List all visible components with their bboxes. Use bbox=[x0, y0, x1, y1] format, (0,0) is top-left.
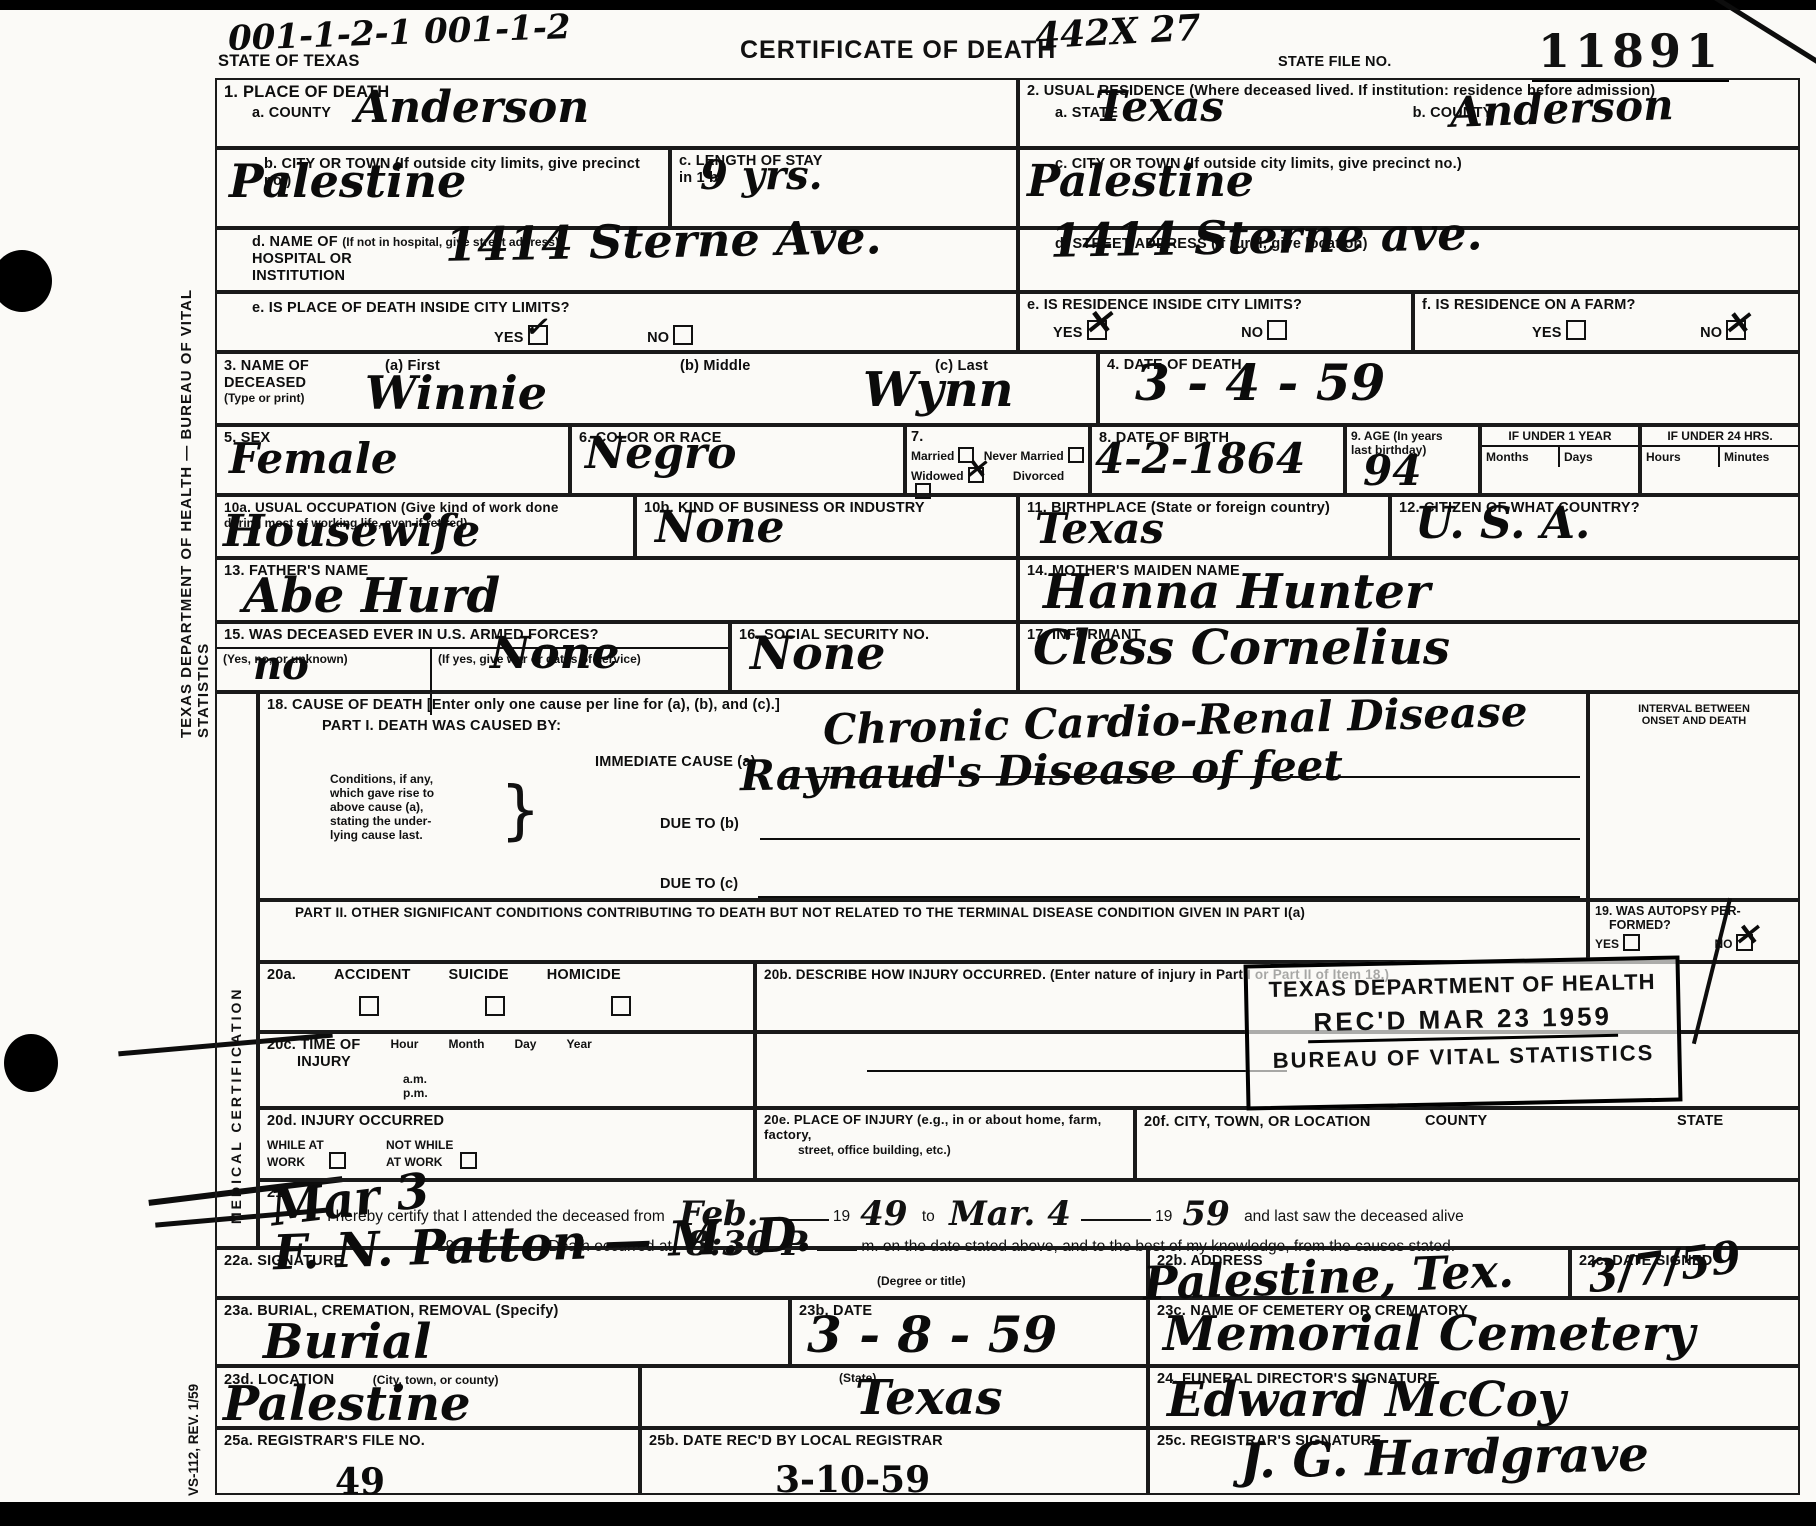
stamp-line-2: REC'D MAR 23 1959 bbox=[1307, 997, 1618, 1043]
degree-title-label: (Degree or title) bbox=[877, 1274, 966, 1288]
conditions-note-2: which gave rise to bbox=[330, 786, 434, 800]
conditions-note-1: Conditions, if any, bbox=[330, 772, 434, 786]
pod-yes-label: YES bbox=[494, 330, 524, 346]
physician-address-value: Palestine, Tex. bbox=[1142, 1248, 1514, 1307]
state-file-no-value: 11891 bbox=[1532, 24, 1729, 82]
while-at-work-checkbox bbox=[329, 1152, 346, 1169]
color-race-value: Negro bbox=[585, 432, 737, 476]
hole-punch-top bbox=[0, 250, 52, 312]
days-label: Days bbox=[1560, 447, 1638, 467]
certify-to: to bbox=[922, 1208, 935, 1225]
attended-to-year: 59 bbox=[1172, 1194, 1239, 1234]
registrar-file-value: 49 bbox=[335, 1464, 385, 1500]
not-while-checkbox bbox=[460, 1152, 477, 1169]
form-number-text: VS-112, REV. 1/59 bbox=[186, 1356, 201, 1496]
age-value: 94 bbox=[1363, 450, 1421, 492]
month-label: Month bbox=[448, 1037, 484, 1070]
minutes-label: Minutes bbox=[1720, 447, 1798, 467]
fathers-name-value: Abe Hurd bbox=[243, 572, 500, 620]
received-stamp: TEXAS DEPARTMENT OF HEALTH REC'D MAR 23 … bbox=[1244, 955, 1683, 1110]
months-label: Months bbox=[1482, 447, 1560, 467]
autopsy-yes-checkbox bbox=[1623, 934, 1640, 951]
autopsy-no-checkbox: ✕ bbox=[1736, 934, 1753, 951]
autopsy-label-1: 19. WAS AUTOPSY PER- bbox=[1595, 904, 1793, 918]
field-if-under-24-hrs: IF UNDER 24 HRS. Hours Minutes bbox=[1640, 425, 1800, 495]
certify-year-1: 19 bbox=[833, 1208, 850, 1225]
divorced-label: Divorced bbox=[1013, 469, 1064, 483]
birthplace-value: Texas bbox=[1035, 508, 1164, 550]
manner-label: 20a. bbox=[267, 967, 296, 984]
certificate-form: 1. PLACE OF DEATH a. COUNTY 2. USUAL RES… bbox=[215, 78, 1800, 1495]
while-at-work-label2: WORK bbox=[267, 1155, 305, 1169]
date-recd-label: 25b. DATE REC'D BY LOCAL REGISTRAR bbox=[649, 1433, 1139, 1450]
burial-date-value: 3 - 8 - 59 bbox=[807, 1310, 1057, 1360]
accident-checkbox bbox=[359, 996, 379, 1016]
hours-label: Hours bbox=[1642, 447, 1720, 467]
scan-edge-bottom bbox=[0, 1502, 1816, 1526]
citizen-value: U. S. A. bbox=[1415, 502, 1590, 546]
field-residence-farm: f. IS RESIDENCE ON A FARM? YES NO✕ bbox=[1413, 292, 1800, 352]
farm-no-checkbox: ✕ bbox=[1726, 320, 1746, 340]
state-col-label: STATE bbox=[1677, 1113, 1723, 1130]
county-value: Anderson bbox=[355, 86, 589, 130]
immediate-cause-label: IMMEDIATE CAUSE (a) bbox=[595, 754, 756, 771]
field-place-of-death: 1. PLACE OF DEATH a. COUNTY bbox=[215, 78, 1018, 148]
field-residence-city-limits: e. IS RESIDENCE INSIDE CITY LIMITS? YES✕… bbox=[1018, 292, 1413, 352]
attended-from-year: 49 bbox=[850, 1194, 917, 1234]
funeral-director-value: Edward McCoy bbox=[1167, 1376, 1566, 1424]
farm-no-mark: ✕ bbox=[1723, 307, 1750, 339]
mothers-maiden-name-value: Hanna Hunter bbox=[1043, 568, 1430, 616]
res-yes-mark: ✕ bbox=[1084, 306, 1113, 340]
pm-label: p.m. bbox=[403, 1086, 746, 1100]
certify-year-2: 19 bbox=[1155, 1208, 1172, 1225]
field-20f-location: 20f. CITY, TOWN, OR LOCATION COUNTY STAT… bbox=[1135, 1108, 1800, 1180]
hospital-label: d. NAME OF bbox=[252, 234, 338, 250]
pod-yes-mark: ✓ bbox=[525, 314, 548, 341]
due-to-c-label: DUE TO (c) bbox=[660, 876, 738, 893]
hole-punch-bottom bbox=[4, 1034, 58, 1092]
handwritten-file-codes: 001-1-2-1 001-1-2 bbox=[228, 10, 572, 56]
street-address-value: 1414 Sterne ave. bbox=[1050, 210, 1483, 264]
never-married-checkbox bbox=[1068, 447, 1084, 463]
residence-county-value: Anderson bbox=[1449, 84, 1674, 134]
social-security-value: None bbox=[750, 630, 885, 676]
year-label: Year bbox=[566, 1037, 591, 1070]
length-of-stay-value: 9 yrs. bbox=[700, 156, 823, 196]
page-title: CERTIFICATE OF DEATH bbox=[740, 36, 1056, 65]
war-service-value: None bbox=[490, 632, 620, 676]
under-1-year-label: IF UNDER 1 YEAR bbox=[1482, 427, 1638, 447]
farm-yes-checkbox bbox=[1566, 320, 1586, 340]
death-city-limits-label: e. IS PLACE OF DEATH INSIDE CITY LIMITS? bbox=[252, 300, 1009, 317]
time-of-injury-label2: INJURY bbox=[297, 1054, 360, 1071]
pod-yes-checkbox: ✓ bbox=[528, 325, 548, 345]
conditions-note-4: stating the under- bbox=[330, 814, 434, 828]
marital-label: 7. bbox=[911, 429, 1084, 446]
county-col-label: COUNTY bbox=[1425, 1113, 1487, 1130]
homicide-checkbox bbox=[611, 996, 631, 1016]
field-marital-status: 7. Married Never Married Widowed✕ Divorc… bbox=[905, 425, 1090, 495]
field-20e-place-of-injury: 20e. PLACE OF INJURY (e.g., in or about … bbox=[755, 1108, 1135, 1180]
homicide-label: HOMICIDE bbox=[547, 967, 621, 984]
res-yes-checkbox: ✕ bbox=[1087, 320, 1107, 340]
hour-label: Hour bbox=[390, 1037, 418, 1070]
residence-city-value: Palestine bbox=[1027, 160, 1254, 204]
field-20a-manner: 20a. ACCIDENT SUICIDE HOMICIDE bbox=[258, 962, 755, 1032]
name-middle-label: (b) Middle bbox=[680, 358, 750, 375]
business-industry-value: None bbox=[655, 506, 785, 550]
cemetery-value: Memorial Cemetery bbox=[1163, 1310, 1695, 1358]
conditions-note-5: lying cause last. bbox=[330, 828, 434, 842]
part2-label: PART II. OTHER SIGNIFICANT CONDITIONS CO… bbox=[295, 905, 1579, 921]
armed-forces-value: no bbox=[253, 646, 309, 686]
widowed-label: Widowed bbox=[911, 469, 964, 483]
field-20d-injury-occurred: 20d. INJURY OCCURRED WHILE AT WORK NOT W… bbox=[258, 1108, 755, 1180]
field-death-city-limits: e. IS PLACE OF DEATH INSIDE CITY LIMITS?… bbox=[215, 292, 1018, 352]
informant-value: Cless Cornelius bbox=[1033, 624, 1450, 672]
date-of-death-value: 3 - 4 - 59 bbox=[1135, 358, 1385, 408]
name-first-value: Winnie bbox=[365, 370, 547, 416]
accident-label: ACCIDENT bbox=[334, 967, 411, 984]
attended-to-value: Mar. 4 bbox=[939, 1194, 1081, 1234]
location-city-value: Palestine bbox=[223, 1380, 471, 1428]
hospital-value: 1414 Sterne Ave. bbox=[445, 214, 882, 268]
place-of-injury-label1: 20e. PLACE OF INJURY (e.g., in or about … bbox=[764, 1113, 1126, 1143]
injury-blank-line bbox=[867, 1070, 1287, 1072]
under-24-hrs-label: IF UNDER 24 HRS. bbox=[1642, 427, 1798, 447]
scan-edge-top bbox=[0, 0, 1816, 10]
death-certificate-scan: TEXAS DEPARTMENT OF HEALTH — BUREAU OF V… bbox=[0, 0, 1816, 1526]
am-label: a.m. bbox=[403, 1072, 746, 1086]
registrar-file-label: 25a. REGISTRAR'S FILE NO. bbox=[224, 1433, 631, 1450]
medical-certification-text: MEDICAL CERTIFICATION bbox=[228, 724, 244, 1224]
field-autopsy: 19. WAS AUTOPSY PER- FORMED? YES NO✕ bbox=[1588, 900, 1800, 962]
burial-value: Burial bbox=[263, 1318, 431, 1366]
hospital-label3: INSTITUTION bbox=[252, 268, 1009, 285]
cause-c-line bbox=[758, 896, 1580, 898]
autopsy-yes-label: YES bbox=[1595, 937, 1619, 951]
time-of-injury-label1: 20c. TIME OF bbox=[267, 1037, 360, 1054]
res-no-label: NO bbox=[1241, 325, 1263, 341]
cause-b-line bbox=[760, 838, 1580, 840]
injury-occurred-label: 20d. INJURY OCCURRED bbox=[267, 1113, 746, 1130]
state-file-no-label: STATE FILE NO. bbox=[1278, 54, 1391, 71]
autopsy-no-mark: ✕ bbox=[1733, 921, 1758, 951]
registrar-signature-value: J. G. Hardgrave bbox=[1240, 1430, 1650, 1485]
pod-no-label: NO bbox=[647, 330, 669, 346]
day-label: Day bbox=[514, 1037, 536, 1070]
farm-no-label: NO bbox=[1700, 325, 1722, 341]
dept-sidebar-text: TEXAS DEPARTMENT OF HEALTH — BUREAU OF V… bbox=[178, 248, 212, 738]
certify-text-2: and last saw the deceased alive bbox=[1244, 1208, 1464, 1225]
suicide-label: SUICIDE bbox=[449, 967, 509, 984]
conditions-brace: } bbox=[500, 774, 541, 848]
interval-label-2: ONSET AND DEATH bbox=[1597, 715, 1791, 727]
name-label3: (Type or print) bbox=[224, 391, 309, 405]
conditions-note-3: above cause (a), bbox=[330, 800, 434, 814]
city-of-death-value: Palestine bbox=[229, 158, 466, 204]
widowed-mark: ✕ bbox=[965, 457, 987, 483]
occupation-value: Housewife bbox=[223, 510, 480, 554]
field-interval-onset-death: INTERVAL BETWEEN ONSET AND DEATH bbox=[1588, 692, 1800, 900]
residence-state-value: Texas bbox=[1095, 86, 1224, 128]
widowed-checkbox: ✕ bbox=[968, 467, 984, 483]
name-label1: 3. NAME OF bbox=[224, 358, 309, 375]
place-of-injury-label2: street, office building, etc.) bbox=[798, 1143, 1126, 1157]
farm-yes-label: YES bbox=[1532, 325, 1562, 341]
date-of-birth-value: 4-2-1864 bbox=[1095, 438, 1305, 480]
name-last-value: Wynn bbox=[863, 366, 1014, 414]
interval-label-1: INTERVAL BETWEEN bbox=[1597, 703, 1791, 715]
field-part2-conditions: PART II. OTHER SIGNIFICANT CONDITIONS CO… bbox=[258, 900, 1588, 962]
city-town-location-label: 20f. CITY, TOWN, OR LOCATION bbox=[1144, 1114, 1371, 1130]
autopsy-label-2: FORMED? bbox=[1609, 918, 1793, 932]
due-to-b-label: DUE TO (b) bbox=[660, 816, 739, 833]
while-at-work-label1: WHILE AT bbox=[267, 1138, 346, 1152]
date-recd-value: 3-10-59 bbox=[775, 1462, 930, 1498]
place-of-death-label: 1. PLACE OF DEATH bbox=[224, 83, 1009, 102]
sex-value: Female bbox=[229, 438, 398, 480]
never-married-label: Never Married bbox=[984, 449, 1064, 463]
married-label: Married bbox=[911, 449, 954, 463]
not-while-label1: NOT WHILE bbox=[386, 1138, 477, 1152]
due-to-b-value: Raynaud's Disease of feet bbox=[740, 745, 1343, 798]
field-20c-time-of-injury: 20c. TIME OF INJURY Hour Month Day Year … bbox=[258, 1032, 755, 1108]
res-yes-label: YES bbox=[1053, 325, 1083, 341]
pod-no-checkbox bbox=[673, 325, 693, 345]
name-label2: DECEASED bbox=[224, 375, 309, 392]
suicide-checkbox bbox=[485, 996, 505, 1016]
age-label1: 9. AGE (In years bbox=[1351, 429, 1474, 443]
medical-certification-strip: MEDICAL CERTIFICATION bbox=[215, 692, 258, 1248]
handwritten-code2: 442X 27 bbox=[1034, 10, 1201, 55]
res-no-checkbox bbox=[1267, 320, 1287, 340]
location-state-value: Texas bbox=[855, 1374, 1003, 1422]
field-25a-registrar-file: 25a. REGISTRAR'S FILE NO. bbox=[215, 1428, 640, 1495]
field-if-under-1-year: IF UNDER 1 YEAR Months Days bbox=[1480, 425, 1640, 495]
